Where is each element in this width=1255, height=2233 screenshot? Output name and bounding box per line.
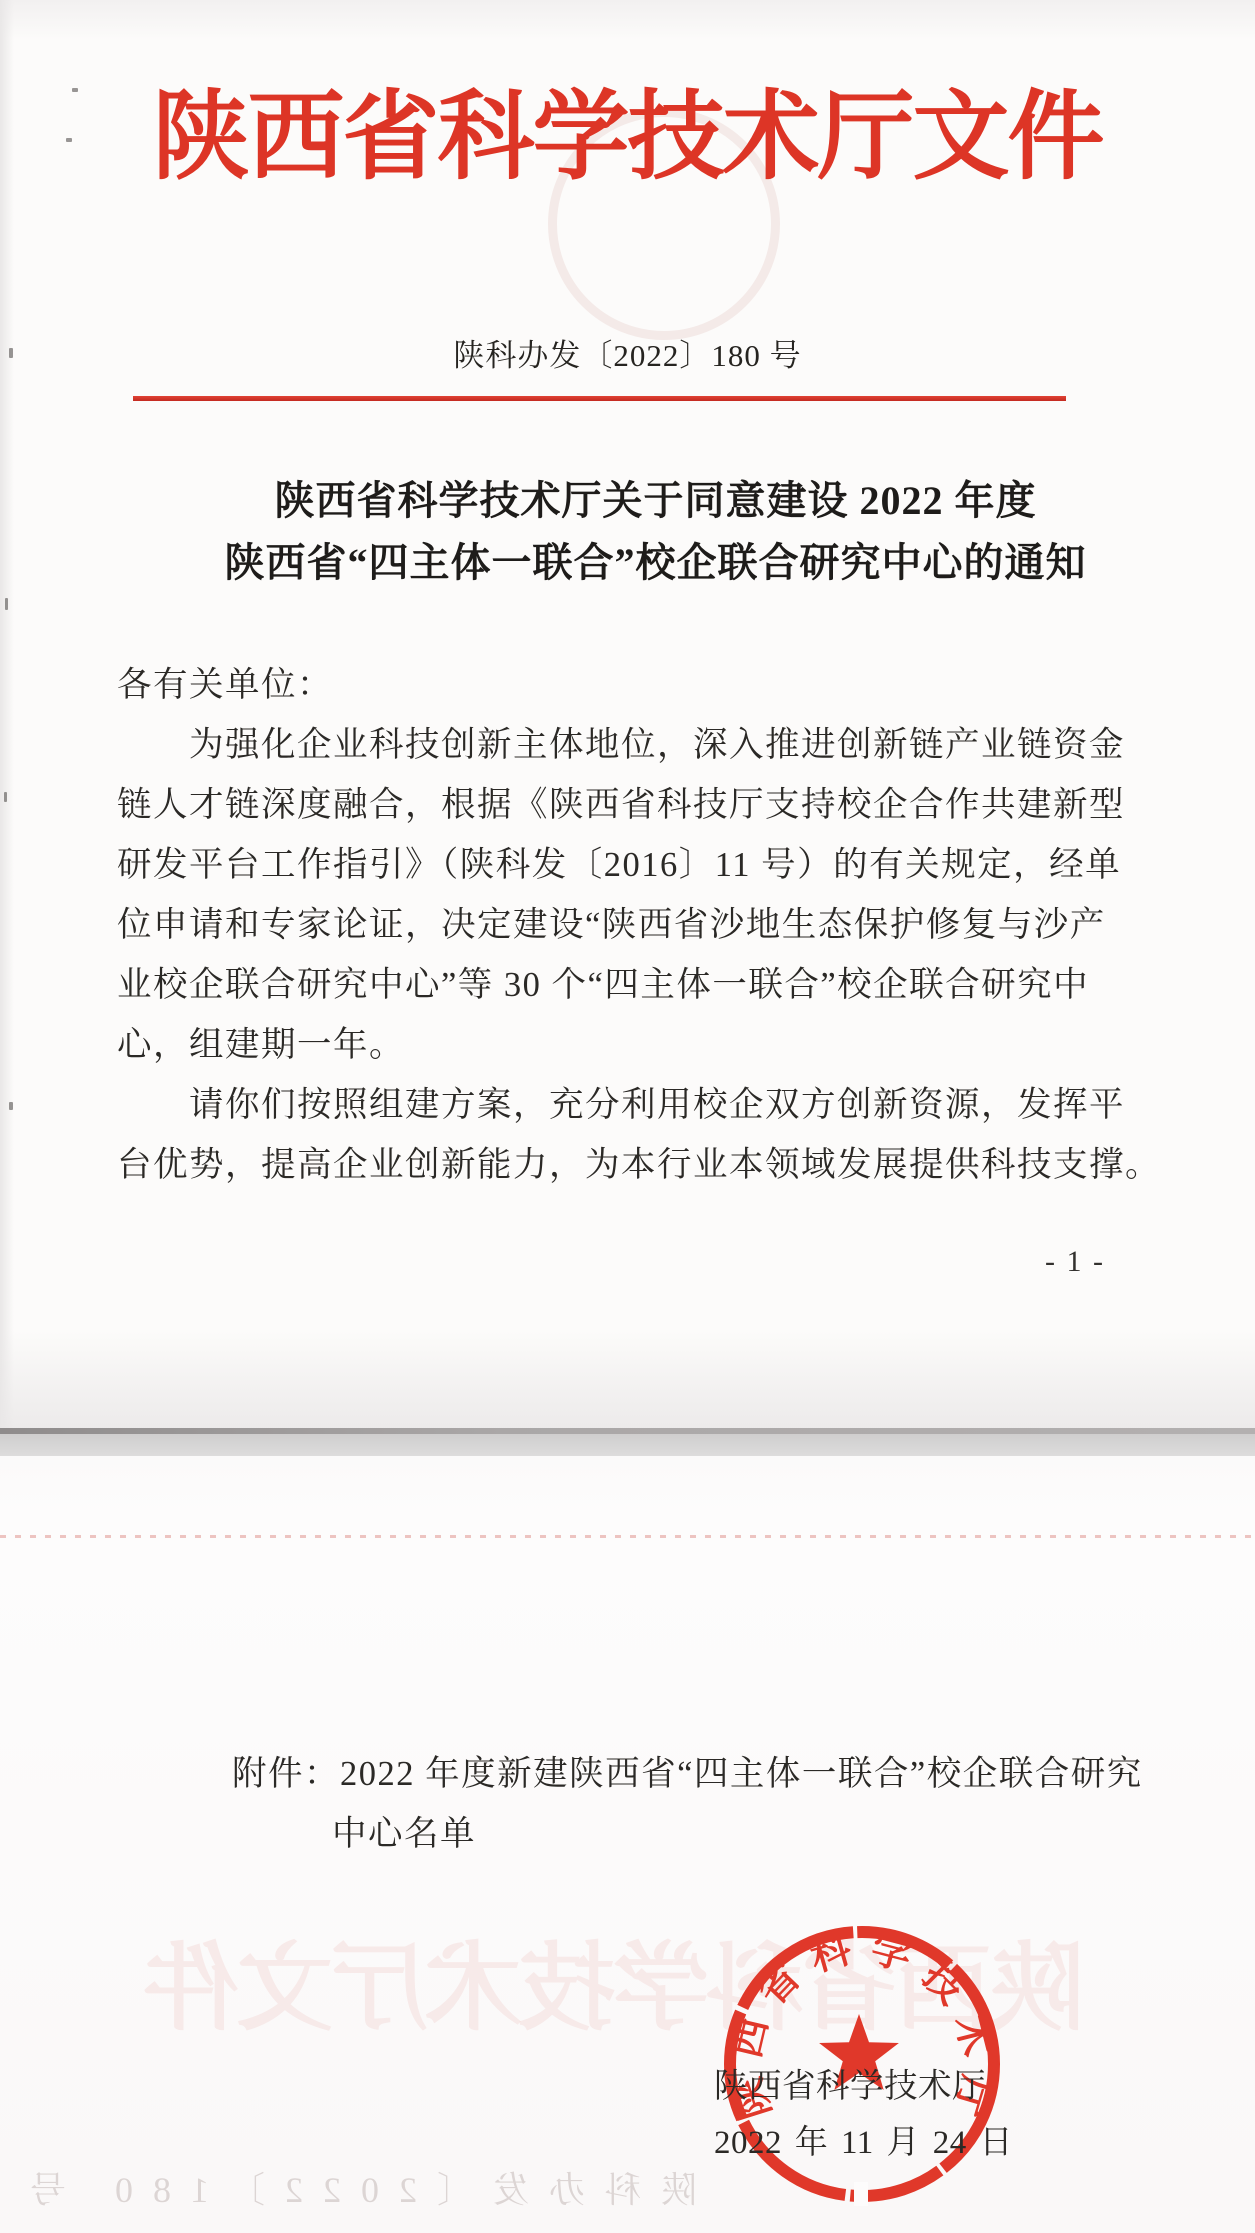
body-line: 台优势，提高企业创新能力，为本行业本领域发展提供科技支撑。 [117,1135,1147,1195]
scan-speck [66,138,72,142]
attachment-note: 附件：2022 年度新建陕西省“四主体一联合”校企联合研究 中心名单 [232,1744,1192,1864]
letterhead-red-rule [133,396,1066,401]
body-line: 请你们按照组建方案，充分利用校企双方创新资源，发挥平 [117,1075,1147,1135]
letterhead-title: 陕西省科学技术厅文件 [0,58,1255,198]
notice-title-line-2: 陕西省“四主体一联合”校企联合研究中心的通知 [28,532,1255,594]
scan-left-shadow [0,0,14,1432]
page-number: - 1 - [1000,1245,1150,1279]
salutation: 各有关单位： [117,655,1147,715]
red-rule-bleedthrough [0,1535,1255,1538]
signing-authority: 陕西省科学技术厅 [714,2058,1014,2107]
scan-speck [4,792,7,802]
body-line: 为强化企业科技创新主体地位，深入推进创新链产业链资金 [117,715,1147,775]
body-line: 链人才链深度融合，根据《陕西省科技厅支持校企合作共建新型 [117,775,1147,835]
signing-date: 2022 年 11 月 24 日 [714,2116,1014,2163]
scan-speck [72,88,78,92]
scan-speck [5,598,8,610]
body-line: 业校企联合研究中心”等 30 个“四主体一联合”校企联合研究中 [117,955,1147,1015]
scanned-official-document: 陕西省科学技术厅文件 陕科办发〔2022〕180 号 陕西省科学技术厅关于同意建… [0,0,1255,2233]
body-line: 心，组建期一年。 [117,1015,1147,1075]
letterhead-bleedthrough-mirrored: 陕西省科学技术厅文件 [40,1912,1190,2049]
footer-bleedthrough-mirrored: 陕科办发〔2022〕180 号 [10,2162,1250,2213]
notice-title-line-1: 陕西省科学技术厅关于同意建设 2022 年度 [28,470,1255,532]
page-seam-band [0,1434,1255,1456]
attachment-line-2: 中心名单 [232,1804,1192,1864]
document-number: 陕科办发〔2022〕180 号 [0,330,1255,375]
document-body: 各有关单位： 为强化企业科技创新主体地位，深入推进创新链产业链资金 链人才链深度… [117,655,1147,1195]
body-line: 研发平台工作指引》（陕科发〔2016〕11 号）的有关规定，经单 [117,835,1147,895]
scan-speck [9,1102,13,1110]
notice-title: 陕西省科学技术厅关于同意建设 2022 年度 陕西省“四主体一联合”校企联合研究… [28,470,1255,594]
seal-ring-notch [854,2182,868,2206]
scan-speck [9,348,13,358]
body-line: 位申请和专家论证，决定建设“陕西省沙地生态保护修复与沙产 [117,895,1147,955]
attachment-line-1: 附件：2022 年度新建陕西省“四主体一联合”校企联合研究 [232,1744,1192,1804]
